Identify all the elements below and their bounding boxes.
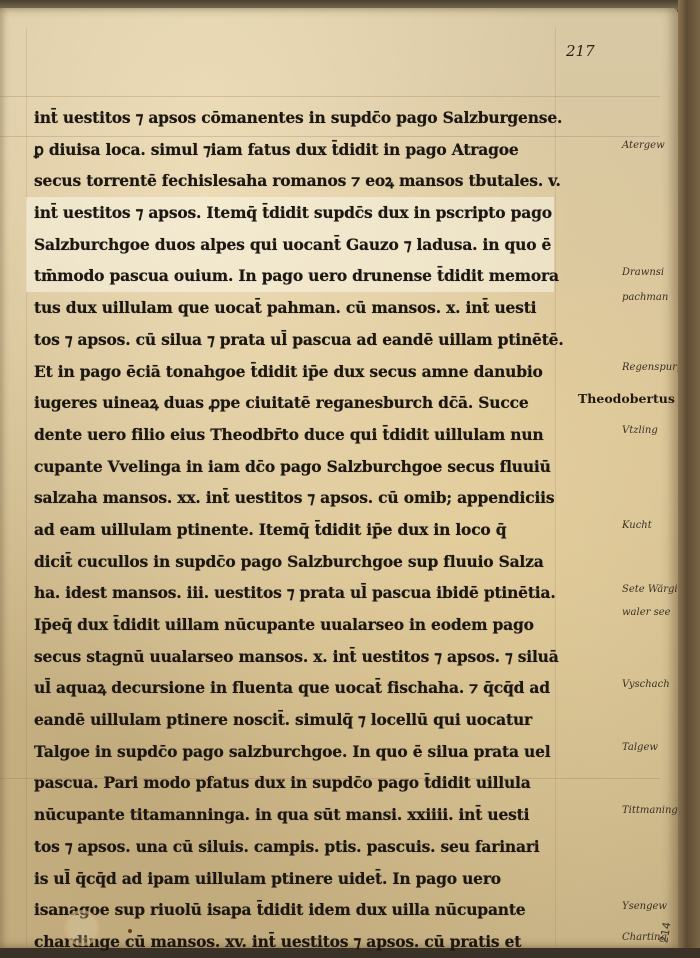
- text-line: ad eam uillulam ptinente. Itemq̄ t̄didit…: [34, 514, 554, 546]
- margin-gloss: Ysengew: [622, 901, 667, 913]
- text-line: dicit̄ cucullos in supdc̄o pago Salzburc…: [34, 546, 554, 578]
- text-line: iugeres uineaꝝ duas ꝓpe ciuitatē reganes…: [34, 387, 554, 419]
- water-stain: [64, 910, 100, 946]
- text-line: secus torrentē fechislesaha romanos ⁊ eo…: [34, 165, 554, 197]
- margin-rule-left: [26, 28, 27, 948]
- text-line: cupante Vvelinga in iam dc̄o pago Salzbu…: [34, 451, 554, 483]
- text-line: tos ⁊ apsos. una cū siluis. campis. ptis…: [34, 831, 554, 863]
- text-line: int̄ uestitos ⁊ apsos. Itemq̄ t̄didit su…: [26, 197, 554, 229]
- margin-gloss: waler see: [622, 607, 671, 619]
- text-line: is ul̄ q̄cq̄d ad ipam uillulam ptinere u…: [34, 863, 554, 895]
- text-line: chardinge cū mansos. xv. int̄ uestitos ⁊…: [34, 926, 554, 948]
- text-line: tus dux uillulam que uocat̄ pahman. cū m…: [34, 292, 554, 324]
- margin-gloss: Atergew: [622, 140, 665, 152]
- margin-rule-right: [555, 28, 556, 948]
- text-line: eandē uillulam ptinere noscit̄. simulq̄ …: [34, 704, 554, 736]
- text-line: secus stagnū uualarseo mansos. x. int̄ u…: [34, 641, 554, 673]
- ink-spot: [128, 929, 132, 933]
- text-line: ul̄ aquaꝝ decursione in fluenta que uoca…: [34, 672, 554, 704]
- margin-gloss: Kucht: [622, 520, 652, 532]
- folio-number: 217: [566, 42, 595, 60]
- text-line: int̄ uestitos ⁊ apsos cōmanentes in supd…: [34, 102, 554, 134]
- manuscript-page: 217 int̄ uestitos ⁊ apsos cōmanentes in …: [0, 8, 678, 948]
- margin-gloss: Vyschach: [622, 679, 670, 691]
- text-line: Et in pago ēciā tonahgoe t̄didit ip̄e du…: [34, 356, 554, 388]
- text-line: nūcupante titamanninga. in qua sūt mansi…: [34, 799, 554, 831]
- margin-gloss: Regenspurg: [622, 362, 683, 374]
- text-line: Talgoe in supdc̄o pago salzburchgoe. In …: [34, 736, 554, 768]
- ruling-line-top: [0, 96, 660, 97]
- folio-number-pencil: 214: [657, 921, 673, 944]
- margin-gloss: Vtzling: [622, 425, 658, 437]
- text-line: salzaha mansos. xx. int̄ uestitos ⁊ apso…: [34, 482, 554, 514]
- text-line: isanagoe sup riuolū isapa t̄didit idem d…: [34, 894, 554, 926]
- text-line: Salzburchgoe duos alpes qui uocant̄ Gauz…: [26, 229, 554, 261]
- margin-gloss: pachman: [622, 292, 668, 304]
- text-line: tm̄modo pascua ouium. In pago uero drune…: [26, 260, 554, 292]
- margin-gloss: Theodobertus: [578, 393, 675, 405]
- text-line: Ip̄eq̄ dux t̄didit uillam nūcupante uual…: [34, 609, 554, 641]
- main-text-block: int̄ uestitos ⁊ apsos cōmanentes in supd…: [34, 102, 554, 948]
- margin-gloss: Tittmaning: [622, 805, 678, 817]
- text-line: dente uero filio eius Theodbr̄to duce qu…: [34, 419, 554, 451]
- margin-gloss: Talgew: [622, 742, 658, 754]
- text-line: tos ⁊ apsos. cū silua ⁊ prata ul̄ pascua…: [34, 324, 554, 356]
- binding-edge: [678, 0, 700, 948]
- text-line: pascua. Pari modo pfatus dux in supdc̄o …: [34, 767, 554, 799]
- text-line: ꝑ diuisa loca. simul ⁊iam fatus dux t̄di…: [34, 134, 554, 166]
- text-line: ha. idest mansos. iii. uestitos ⁊ prata …: [34, 577, 554, 609]
- margin-gloss: Drawnsi: [622, 267, 664, 279]
